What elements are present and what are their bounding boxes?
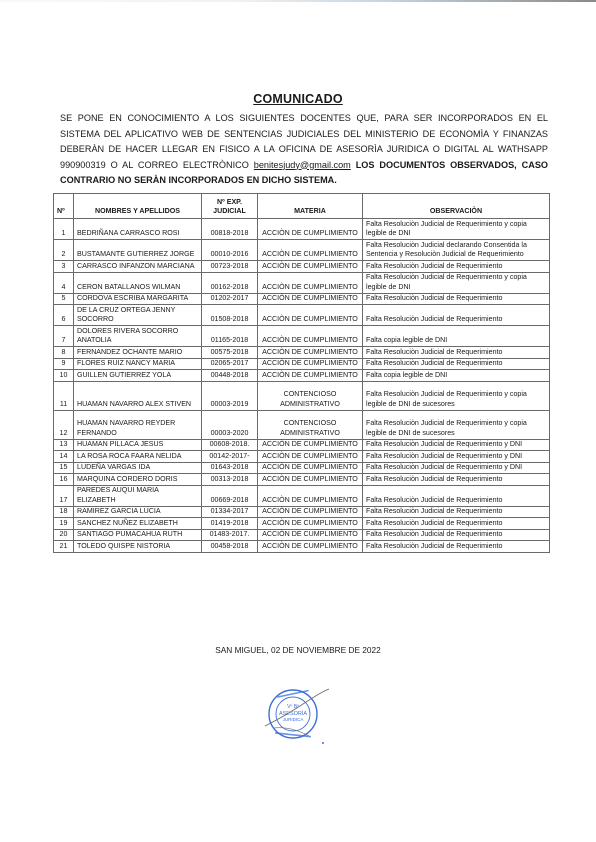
- row-materia: ACCIÒN DE CUMPLIMIENTO: [258, 305, 363, 326]
- row-exp: 00162-2018: [202, 272, 258, 293]
- row-materia: ACCIÒN DE CUMPLIMIENTO: [258, 462, 363, 474]
- row-number: 4: [54, 272, 74, 293]
- row-observacion: Falta Resoluciòn Judicial de Requerimien…: [363, 518, 550, 530]
- row-materia: ACCIÒN DE CUMPLIMIENTO: [258, 506, 363, 518]
- table-body: 1BEDRIÑANA CARRASCO ROSI00818-2018ACCIÒN…: [54, 219, 550, 553]
- row-observacion: Falta Resoluciòn Judicial de Requerimien…: [363, 261, 550, 273]
- row-observacion: Falta Resoluciòn Judicial de Requerimien…: [363, 219, 550, 240]
- row-materia: ACCIÒN DE CUMPLIMIENTO: [258, 474, 363, 486]
- row-observacion: Falta Resoluciòn Judicial de Requerimien…: [363, 381, 550, 410]
- row-name: FERNANDEZ OCHANTE MARIO: [74, 347, 202, 359]
- row-number: 9: [54, 358, 74, 370]
- row-materia: ACCIÒN DE CUMPLIMIENTO: [258, 326, 363, 347]
- row-name: HUAMAN NAVARRO REYDER FERNANDO: [74, 410, 202, 439]
- row-number: 12: [54, 410, 74, 439]
- row-name: DOLORES RIVERA SOCORRO ANATOLIA: [74, 326, 202, 347]
- table-row: 18RAMIREZ GARCIA LUCIA01334-2017ACCIÒN D…: [54, 506, 550, 518]
- row-observacion: Falta Resoluciòn Judicial de Requerimien…: [363, 305, 550, 326]
- header-observacion: OBSERVACIÒN: [363, 194, 550, 219]
- row-observacion: Falta Resoluciòn Judicial de Requerimien…: [363, 529, 550, 541]
- table-row: 13HUAMAN PILLACA JESUS00608-2018.ACCIÒN …: [54, 439, 550, 451]
- table-row: 19SANCHEZ NUÑEZ ELIZABETH01419-2018ACCIÒ…: [54, 518, 550, 530]
- row-exp: 01483-2017.: [202, 529, 258, 541]
- row-observacion: Falta Resoluciòn Judicial de Requerimien…: [363, 347, 550, 359]
- row-materia: ACCIÒN DE CUMPLIMIENTO: [258, 293, 363, 305]
- row-exp: 01643-2018: [202, 462, 258, 474]
- row-name: HUAMAN PILLACA JESUS: [74, 439, 202, 451]
- row-observacion: Falta Resoluciòn Judicial de Requerimien…: [363, 485, 550, 506]
- row-number: 17: [54, 485, 74, 506]
- table-row: 1BEDRIÑANA CARRASCO ROSI00818-2018ACCIÒN…: [54, 219, 550, 240]
- row-materia: ACCIÒN DE CUMPLIMIENTO: [258, 370, 363, 382]
- row-materia: ACCIÒN DE CUMPLIMIENTO: [258, 529, 363, 541]
- row-observacion: Falta Resoluciòn Judicial de Requerimien…: [363, 462, 550, 474]
- row-exp: 00575-2018: [202, 347, 258, 359]
- row-materia: ACCIÒN DE CUMPLIMIENTO: [258, 347, 363, 359]
- row-exp: 00818-2018: [202, 219, 258, 240]
- document-title: COMUNICADO: [0, 92, 596, 106]
- row-number: 15: [54, 462, 74, 474]
- row-materia: CONTENCIOSO ADMINISTRATIVO: [258, 410, 363, 439]
- row-name: BUSTAMANTE GUTIERREZ JORGE: [74, 240, 202, 261]
- table-row: 20SANTIAGO PUMACAHUA RUTH01483-2017.ACCI…: [54, 529, 550, 541]
- row-materia: ACCIÒN DE CUMPLIMIENTO: [258, 358, 363, 370]
- row-name: TOLEDO QUISPE NISTORIA: [74, 541, 202, 553]
- table-row: 10GUILLEN GUTIERREZ YOLA00448-2018ACCIÒN…: [54, 370, 550, 382]
- row-number: 6: [54, 305, 74, 326]
- row-number: 10: [54, 370, 74, 382]
- row-name: LA ROSA ROCA FAARA NELIDA: [74, 451, 202, 463]
- row-name: PAREDES AUQUI MARIA ELIZABETH: [74, 485, 202, 506]
- row-name: DE LA CRUZ ORTEGA JENNY SOCORRO: [74, 305, 202, 326]
- row-exp: 00003-2020: [202, 410, 258, 439]
- row-materia: ACCIÒN DE CUMPLIMIENTO: [258, 451, 363, 463]
- stamp-juridica: JURIDICA: [283, 717, 304, 722]
- table-row: 21TOLEDO QUISPE NISTORIA00458-2018ACCIÒN…: [54, 541, 550, 553]
- table-row: 4CERON BATALLANOS WILMAN00162-2018ACCIÒN…: [54, 272, 550, 293]
- row-observacion: Falta copia legible de DNI: [363, 326, 550, 347]
- table-row: 11HUAMAN NAVARRO ALEX STIVEN00003-2019CO…: [54, 381, 550, 410]
- row-observacion: Falta Resoluciòn Judicial de Requerimien…: [363, 410, 550, 439]
- row-exp: 00448-2018: [202, 370, 258, 382]
- row-exp: 01334-2017: [202, 506, 258, 518]
- table-row: 6DE LA CRUZ ORTEGA JENNY SOCORRO01508-20…: [54, 305, 550, 326]
- row-number: 3: [54, 261, 74, 273]
- header-materia: MATERIA: [258, 194, 363, 219]
- row-name: CORDOVA ESCRIBA MARGARITA: [74, 293, 202, 305]
- row-name: MARQUINA CORDERO DORIS: [74, 474, 202, 486]
- table-header-row: Nº NOMBRES Y APELLIDOS Nº EXP.JUDICIAL M…: [54, 194, 550, 219]
- header-name: NOMBRES Y APELLIDOS: [74, 194, 202, 219]
- row-number: 16: [54, 474, 74, 486]
- row-name: GUILLEN GUTIERREZ YOLA: [74, 370, 202, 382]
- row-observacion: Falta Resoluciòn Judicial de Requerimien…: [363, 474, 550, 486]
- scan-edge: [0, 0, 596, 2]
- table-row: 3CARRASCO INFANZON MARCIANA00723-2018ACC…: [54, 261, 550, 273]
- row-materia: CONTENCIOSO ADMINISTRATIVO: [258, 381, 363, 410]
- table-row: 16MARQUINA CORDERO DORIS00313-2018ACCIÒN…: [54, 474, 550, 486]
- row-name: HUAMAN NAVARRO ALEX STIVEN: [74, 381, 202, 410]
- row-observacion: Falta Resoluciòn Judicial de Requerimien…: [363, 451, 550, 463]
- row-exp: 02065-2017: [202, 358, 258, 370]
- row-materia: ACCIÒN DE CUMPLIMIENTO: [258, 261, 363, 273]
- row-materia: ACCIÒN DE CUMPLIMIENTO: [258, 485, 363, 506]
- header-exp-line1: Nº EXP.: [217, 198, 242, 206]
- row-observacion: Falta copia legible de DNI: [363, 370, 550, 382]
- row-number: 18: [54, 506, 74, 518]
- row-exp: 01419-2018: [202, 518, 258, 530]
- header-num: Nº: [54, 194, 74, 219]
- table-row: 5CORDOVA ESCRIBA MARGARITA01202-2017ACCI…: [54, 293, 550, 305]
- row-number: 8: [54, 347, 74, 359]
- header-exp: Nº EXP.JUDICIAL: [202, 194, 258, 219]
- table-row: 8FERNANDEZ OCHANTE MARIO00575-2018ACCIÒN…: [54, 347, 550, 359]
- row-exp: 00723-2018: [202, 261, 258, 273]
- ink-dot: [322, 742, 324, 744]
- date-line: SAN MIGUEL, 02 DE NOVIEMBRE DE 2022: [0, 645, 596, 655]
- row-materia: ACCIÒN DE CUMPLIMIENTO: [258, 219, 363, 240]
- row-observacion: Falta Resoluciòn Judicial de Requerimien…: [363, 293, 550, 305]
- row-number: 2: [54, 240, 74, 261]
- email-link[interactable]: benitesjudy@gmail.com: [254, 160, 351, 170]
- row-materia: ACCIÒN DE CUMPLIMIENTO: [258, 541, 363, 553]
- row-exp: 00458-2018: [202, 541, 258, 553]
- stamp-vobo: Vº Bº: [287, 704, 299, 710]
- row-number: 19: [54, 518, 74, 530]
- row-number: 14: [54, 451, 74, 463]
- row-observacion: Falta Resoluciòn Judicial declarando Con…: [363, 240, 550, 261]
- row-exp: 01165-2018: [202, 326, 258, 347]
- official-seal-icon: Vº Bº ASESORÌA JURIDICA: [263, 686, 329, 742]
- row-name: LUDEÑA VARGAS IDA: [74, 462, 202, 474]
- row-observacion: Falta Resoluciòn Judicial de Requerimien…: [363, 358, 550, 370]
- table-row: 14LA ROSA ROCA FAARA NELIDA00142-2017-AC…: [54, 451, 550, 463]
- row-exp: 00313-2018: [202, 474, 258, 486]
- table-row: 15LUDEÑA VARGAS IDA01643-2018ACCIÒN DE C…: [54, 462, 550, 474]
- row-name: SANCHEZ NUÑEZ ELIZABETH: [74, 518, 202, 530]
- row-observacion: Falta Resoluciòn Judicial de Requerimien…: [363, 439, 550, 451]
- row-materia: ACCIÒN DE CUMPLIMIENTO: [258, 240, 363, 261]
- row-exp: 00669-2018: [202, 485, 258, 506]
- row-exp: 01202-2017: [202, 293, 258, 305]
- row-number: 7: [54, 326, 74, 347]
- row-materia: ACCIÒN DE CUMPLIMIENTO: [258, 272, 363, 293]
- row-observacion: Falta Resoluciòn Judicial de Requerimien…: [363, 541, 550, 553]
- table-row: 17PAREDES AUQUI MARIA ELIZABETH00669-201…: [54, 485, 550, 506]
- row-exp: 01508-2018: [202, 305, 258, 326]
- intro-paragraph: SE PONE EN CONOCIMIENTO A LOS SIGUIENTES…: [60, 111, 548, 189]
- row-name: CARRASCO INFANZON MARCIANA: [74, 261, 202, 273]
- row-name: RAMIREZ GARCIA LUCIA: [74, 506, 202, 518]
- row-exp: 00142-2017-: [202, 451, 258, 463]
- table-row: 9FLORES RUIZ NANCY MARIA02065-2017ACCIÒN…: [54, 358, 550, 370]
- row-materia: ACCIÒN DE CUMPLIMIENTO: [258, 518, 363, 530]
- row-name: CERON BATALLANOS WILMAN: [74, 272, 202, 293]
- table-row: 12HUAMAN NAVARRO REYDER FERNANDO00003-20…: [54, 410, 550, 439]
- row-number: 1: [54, 219, 74, 240]
- table-row: 2BUSTAMANTE GUTIERREZ JORGE00010-2016ACC…: [54, 240, 550, 261]
- row-exp: 00608-2018.: [202, 439, 258, 451]
- row-number: 5: [54, 293, 74, 305]
- table-row: 7DOLORES RIVERA SOCORRO ANATOLIA01165-20…: [54, 326, 550, 347]
- row-number: 11: [54, 381, 74, 410]
- row-number: 13: [54, 439, 74, 451]
- row-name: FLORES RUIZ NANCY MARIA: [74, 358, 202, 370]
- row-materia: ACCIÒN DE CUMPLIMIENTO: [258, 439, 363, 451]
- header-exp-line2: JUDICIAL: [213, 207, 246, 215]
- row-name: SANTIAGO PUMACAHUA RUTH: [74, 529, 202, 541]
- observations-table: Nº NOMBRES Y APELLIDOS Nº EXP.JUDICIAL M…: [53, 193, 550, 553]
- row-exp: 00010-2016: [202, 240, 258, 261]
- row-number: 20: [54, 529, 74, 541]
- row-observacion: Falta Resoluciòn Judicial de Requerimien…: [363, 272, 550, 293]
- row-observacion: Falta Resoluciòn Judicial de Requerimien…: [363, 506, 550, 518]
- row-number: 21: [54, 541, 74, 553]
- row-exp: 00003-2019: [202, 381, 258, 410]
- row-name: BEDRIÑANA CARRASCO ROSI: [74, 219, 202, 240]
